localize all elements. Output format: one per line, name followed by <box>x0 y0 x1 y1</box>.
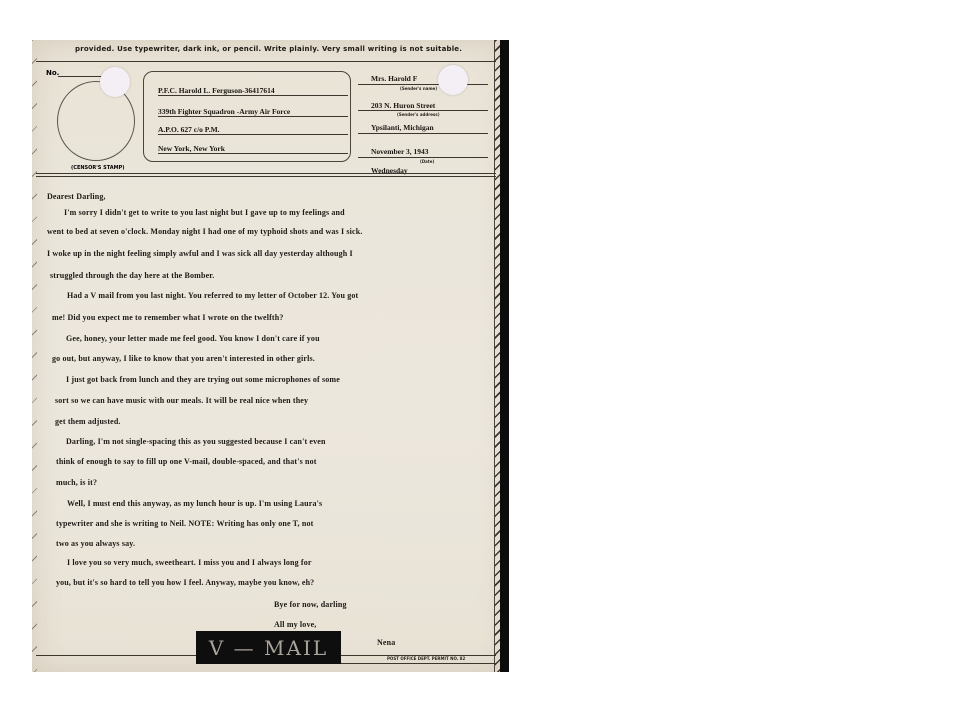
letter-line: go out, but anyway, I like to know that … <box>52 354 315 363</box>
scan-edge-shadow <box>500 40 509 672</box>
recipient-line-2: 339th Fighter Squadron -Army Air Force <box>158 107 348 117</box>
sender-name-caption: (Sender's name) <box>400 86 437 91</box>
letter-line: think of enough to say to fill up one V-… <box>56 457 317 466</box>
letter-date: November 3, 1943 <box>371 147 429 156</box>
letter-line: Darling, I'm not single-spacing this as … <box>66 437 326 446</box>
header-divider-2 <box>36 176 496 177</box>
recipient-line-3: A.P.O. 627 c/o P.M. <box>158 125 348 135</box>
letter-line: Had a V mail from you last night. You re… <box>67 291 358 300</box>
letter-line: Well, I must end this anyway, as my lunc… <box>67 499 322 508</box>
letter-line: I'm sorry I didn't get to write to you l… <box>64 208 345 217</box>
letter-line: I just got back from lunch and they are … <box>66 375 340 384</box>
footer-rule-2 <box>340 663 496 664</box>
punch-hole-right <box>438 65 468 95</box>
salutation: Dearest Darling, <box>47 192 106 201</box>
left-border-hatching <box>32 40 37 672</box>
post-office-permit: POST OFFICE DEPT. PERMIT NO. 82 <box>387 656 465 661</box>
sender-city-rule <box>358 133 488 134</box>
recipient-line-4: New York, New York <box>158 144 348 154</box>
letter-line: struggled through the day here at the Bo… <box>50 271 214 280</box>
letter-line: you, but it's so hard to tell you how I … <box>56 578 314 587</box>
letter-line: I love you so very much, sweetheart. I m… <box>67 558 312 567</box>
sender-city: Ypsilanti, Michigan <box>371 123 434 132</box>
letter-line: get them adjusted. <box>55 417 121 426</box>
letter-line: much, is it? <box>56 478 97 487</box>
header-divider-1 <box>36 173 496 174</box>
sender-name: Mrs. Harold F <box>371 74 417 83</box>
letter-line: went to bed at seven o'clock. Monday nig… <box>47 227 362 236</box>
date-rule <box>358 157 488 158</box>
signature: Nena <box>377 638 395 647</box>
punch-hole-left <box>100 67 130 97</box>
letter-line: sort so we can have music with our meals… <box>55 396 308 405</box>
sender-address-rule <box>358 110 488 111</box>
vmail-logo: V — MAIL <box>196 631 341 664</box>
form-instructions: provided. Use typewriter, dark ink, or p… <box>75 45 462 53</box>
letter-line: two as you always say. <box>56 539 135 548</box>
letter-line: me! Did you expect me to remember what I… <box>52 313 283 322</box>
date-caption: (Date) <box>420 159 434 164</box>
closing-line-2: All my love, <box>274 620 316 629</box>
recipient-line-1: P.F.C. Harold L. Ferguson-36417614 <box>158 86 348 96</box>
letter-line: I woke up in the night feeling simply aw… <box>47 249 353 258</box>
letter-line: Gee, honey, your letter made me feel goo… <box>66 334 320 343</box>
sender-address-caption: (Sender's address) <box>397 112 440 117</box>
top-rule <box>36 61 496 62</box>
censor-stamp-label: (CENSOR'S STAMP) <box>71 165 125 171</box>
sender-address: 203 N. Huron Street <box>371 101 435 110</box>
closing-line-1: Bye for now, darling <box>274 600 347 609</box>
sender-name-rule <box>358 84 488 85</box>
letter-line: typewriter and she is writing to Neil. N… <box>56 519 313 528</box>
